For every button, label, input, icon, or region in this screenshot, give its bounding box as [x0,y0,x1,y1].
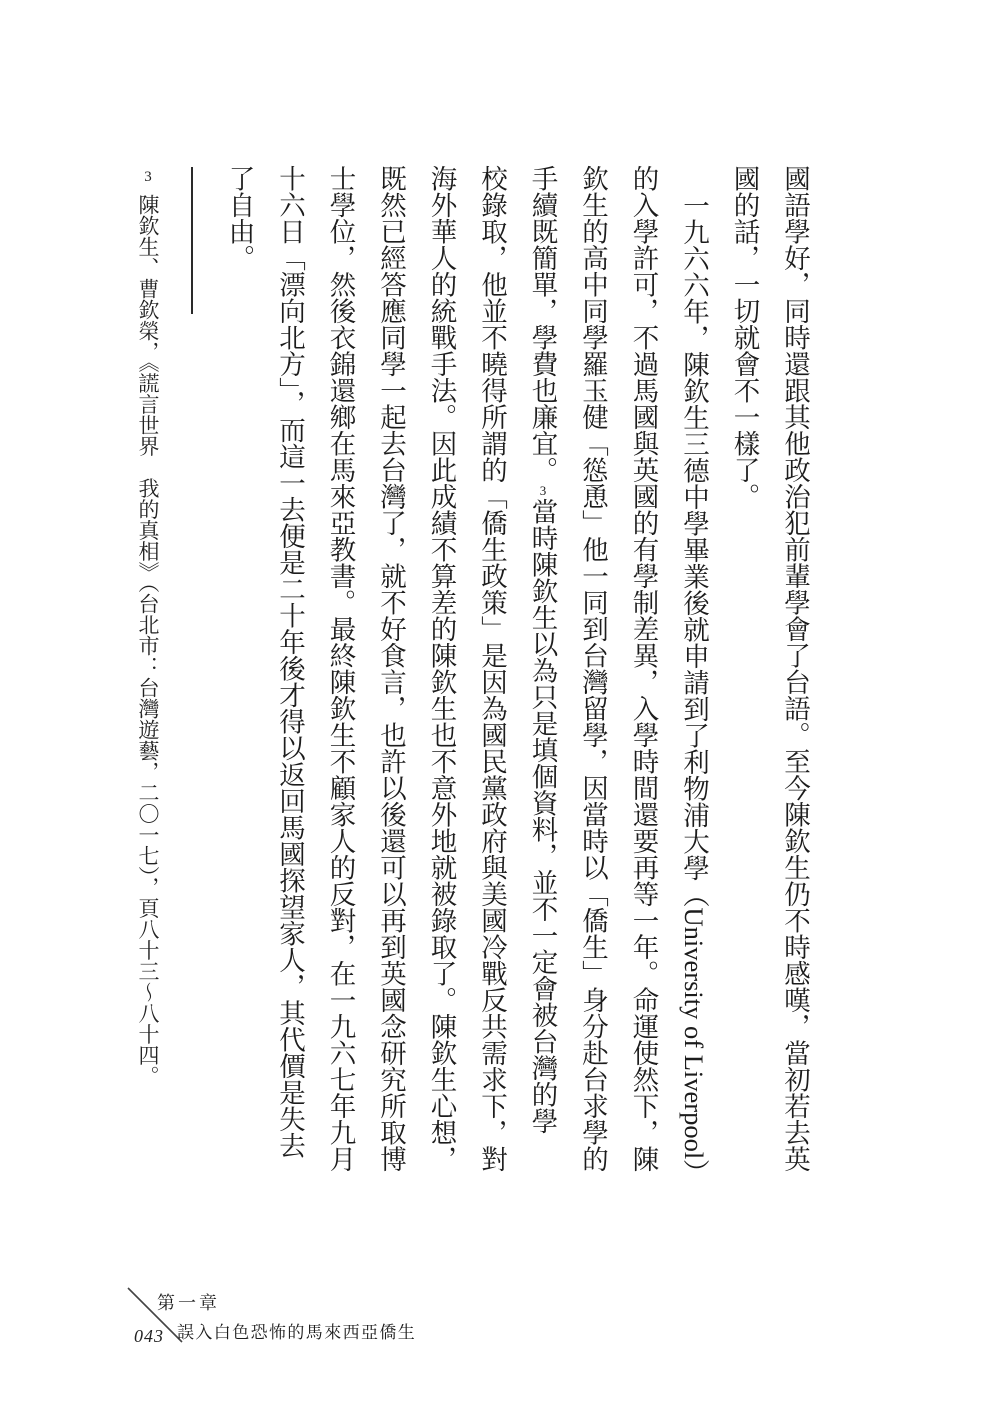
main-text: 國語學好，同時還跟其他政治犯前輩學會了台語。至今陳欽生仍不時感嘆，當初若去英國的… [214,165,820,1172]
paragraph: 一九六六年，陳欽生三德中學畢業後就申請到了利物浦大學（University of… [214,165,719,1172]
text-line: 海外華人的統戰手法。因此成績不算差的陳欽生也不意外地就被錄取了。陳欽生心想， [416,165,467,1172]
chapter-label: 第一章 [157,1289,416,1315]
book-page: 國語學好，同時還跟其他政治犯前輩學會了台語。至今陳欽生仍不時感嘆，當初若去英國的… [0,0,1000,1419]
footnote-reference-marker: 3 [536,483,551,498]
chapter-heading: 第一章 誤入白色恐怖的馬來西亞僑生 [157,1289,416,1343]
text-line: 了自由。 [214,165,265,1172]
paragraph: 國語學好，同時還跟其他政治犯前輩學會了台語。至今陳欽生仍不時感嘆，當初若去英國的… [719,165,820,1172]
footnote-number: 3 [140,169,156,185]
text-line: 校錄取，他並不曉得所謂的「僑生政策」是因為國民黨政府與美國冷戰反共需求下，對 [467,165,518,1172]
text-line: 既然已經答應同學一起去台灣了，就不好食言，也許以後還可以再到英國念研究所取博 [366,165,417,1172]
footnote-text: 陳欽生、曹欽榮，《謊言世界 我的真相》（台北市：台灣遊藝，二〇一七），頁八十三～… [136,194,160,1087]
text-line: 一九六六年，陳欽生三德中學畢業後就申請到了利物浦大學（University of… [669,165,720,1172]
chapter-title: 誤入白色恐怖的馬來西亞僑生 [177,1318,416,1343]
footnote: 3陳欽生、曹欽榮，《謊言世界 我的真相》（台北市：台灣遊藝，二〇一七），頁八十三… [127,169,169,1229]
text-line: 手續既簡單，學費也廉宜。3當時陳欽生以為只是填個資料，並不一定會被台灣的學 [517,165,568,1172]
text-line: 國語學好，同時還跟其他政治犯前輩學會了台語。至今陳欽生仍不時感嘆，當初若去英 [770,165,821,1172]
text-line: 欽生的高中同學羅玉健「慫恿」他一同到台灣留學，因當時以「僑生」身分赴台求學的 [568,165,619,1172]
text-line: 十六日「漂向北方」，而這一去便是二十年後才得以返回馬國探望家人，其代價是失去 [265,165,316,1172]
text-line: 士學位，然後衣錦還鄉在馬來亞教書。最終陳欽生不顧家人的反對，在一九六七年九月 [315,165,366,1172]
text-line: 的入學許可，不過馬國與英國的有學制差異，入學時間還要再等一年。命運使然下，陳 [618,165,669,1172]
text-line: 國的話，一切就會不一樣了。 [719,165,770,1172]
footnote-separator [191,167,193,314]
